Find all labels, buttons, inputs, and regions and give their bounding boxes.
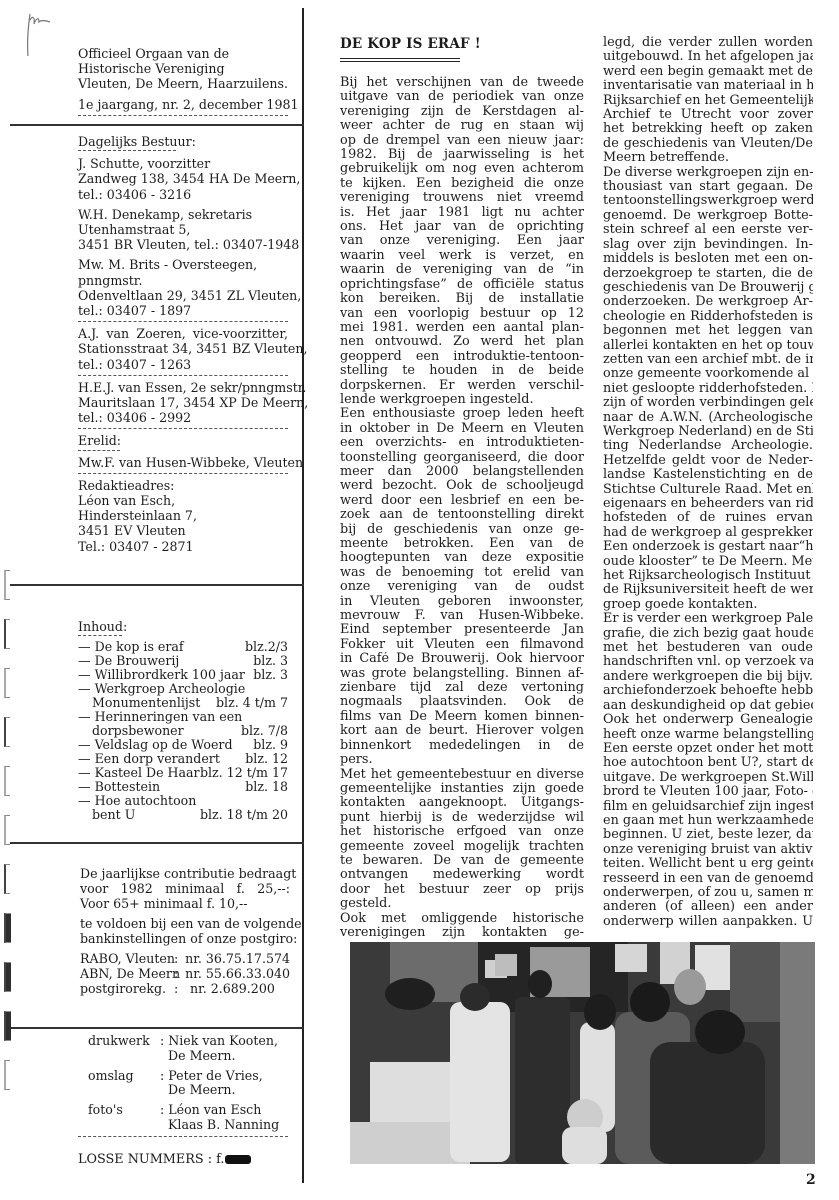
article-line: ting Nederlandse Archeologie. [603, 439, 813, 453]
article-line: Met het gemeentebestuur en diverse [340, 768, 584, 782]
column-divider [302, 8, 304, 1183]
toc-item[interactable]: dorpsbewonerblz. 7/8 [78, 724, 288, 738]
article-line: tentoonstellingswerkgroep werd al [603, 194, 813, 208]
article-line: brord te Vleuten 100 jaar, Foto- en [603, 785, 813, 799]
article-line: de geschiedenis van Vleuten/De [603, 137, 813, 151]
board-heading: Dagelijks Bestuur: [78, 134, 288, 149]
article-line: meente betrokken. Een van de [340, 537, 584, 551]
article-line: waarin veel werk is verzet, en [340, 249, 584, 263]
article-line: en gaan met hun werkzaamheden [603, 814, 813, 828]
article-line: in Café De Brouwerij. Ook hiervoor [340, 652, 584, 666]
article-line: stein schreef al een eerste ver- [603, 223, 813, 237]
bank-account: ABN, De Meern:nr. 55.66.33.040 [80, 966, 290, 981]
article-line: Meern betreffende. [603, 151, 813, 165]
article-line: binnenkort mededelingen in de [340, 739, 584, 753]
article-line: oude klooster” te De Meern. Met [603, 555, 813, 569]
divider-credits [10, 1027, 304, 1029]
table-of-contents: Inhoud: — De kop is erafblz.2/3 — De Bro… [78, 620, 288, 822]
article-line: beginnen. U ziet, beste lezer, dat [603, 828, 813, 842]
article-line: de Rijksuniversiteit heeft de werk- [603, 583, 813, 597]
article-line: mei 1981. werden een aantal plan- [340, 321, 584, 335]
article-line: Hetzelfde geldt voor de Neder- [603, 454, 813, 468]
article-line: anderen (of alleen) een ander [603, 900, 813, 914]
article-line: Er is verder een werkgroep Paleo- [603, 612, 813, 626]
editorial-address: Redaktieadres: Léon van Esch, Hinderstei… [78, 478, 288, 554]
article-headline: DE KOP IS ERAF ! [340, 36, 481, 52]
article-line: van een voorlopig bestuur op 12 [340, 307, 584, 321]
article-line: onze vereniging van de oudst [340, 580, 584, 594]
article-line: mevrouw F. van Husen-Wibbeke. [340, 609, 584, 623]
bank-account: RABO, Vleuten:nr. 36.75.17.574 [80, 951, 290, 966]
article-line: gemeente zoveel mogelijk trachten [340, 840, 584, 854]
article-line: handschriften vnl. op verzoek van [603, 655, 813, 669]
issue-info: 1e jaargang, nr. 2, december 1981 [78, 97, 288, 112]
toc-item[interactable]: bent Ublz. 18 t/m 20 [78, 808, 288, 822]
article-line: niet gesloopte ridderhofsteden. Er [603, 382, 813, 396]
article-line: genoemd. De werkgroep Botte- [603, 209, 813, 223]
article-line: te bewaren. De van de gemeente [340, 854, 584, 868]
article-line: onze vereniging bruist van aktivi- [603, 843, 813, 857]
honorary-member: Mw.F. van Husen-Wibbeke, Vleuten [78, 455, 288, 470]
payment-line: bankinstellingen of onze postgiro: [80, 931, 290, 946]
contents-heading: Inhoud: [78, 620, 288, 634]
masthead-line: Vleuten, De Meern, Haarzuilens. [78, 76, 288, 91]
article-line: zijn of worden verbindingen gelegd [603, 396, 813, 410]
article-line: onderwerp willen aanpakken. U [603, 915, 813, 929]
article-line: thousiast van start gegaan. De [603, 180, 813, 194]
toc-item[interactable]: — Kasteel De Haarblz. 12 t/m 17 [78, 766, 288, 780]
article-line: werd door een lesbrief en een be- [340, 494, 584, 508]
article-line: heeft onze warme belangstelling. [603, 728, 813, 742]
article-line: Een onderzoek is gestart naar“het [603, 540, 813, 554]
article-line: Ook het onderwerp Genealogie [603, 713, 813, 727]
article-line: allerlei kontakten en het op touw [603, 339, 813, 353]
article-line: werd een begin gemaakt met de [603, 65, 813, 79]
article-line: van onze vereniging. Een jaar [340, 234, 584, 248]
article-line: nogmaals plaatsvinden. Ook de [340, 695, 584, 709]
article-line: eigenaars en beheerders van ridder- [603, 497, 813, 511]
article-line: was grote belangstelling. Binnen af- [340, 667, 584, 681]
masthead: Officieel Orgaan van de Historische Vere… [78, 46, 288, 120]
article-line: zoek aan de tentoonstelling direkt [340, 508, 584, 522]
article-line: stelling te houden in de beide [340, 364, 584, 378]
toc-item[interactable]: — Bottesteinblz. 18 [78, 780, 288, 794]
article-line: groep goede kontakten. [603, 598, 813, 612]
board-member: W.H. Denekamp, sekretaris Utenhamstraat … [78, 207, 288, 253]
article-line: derzoekgroep te starten, die de [603, 267, 813, 281]
handwritten-initials [22, 8, 62, 58]
article-line: andere werkgroepen die bij bijv. [603, 670, 813, 684]
credit-fotos: foto's : Léon van Esch Klaas B. Nanning [88, 1103, 298, 1133]
article-line: waarin de vereniging van de “in [340, 263, 584, 277]
article-line: films van De Meern komen binnen- [340, 710, 584, 724]
fee-line: voor 1982 minimaal f. 25,--: [80, 881, 290, 896]
payment-line: te voldoen bij een van de volgende [80, 916, 290, 931]
exhibition-photo-illustration [350, 942, 815, 1164]
divider-contents [10, 584, 304, 586]
toc-item[interactable]: — De Brouwerijblz. 3 [78, 654, 288, 668]
article-line: het historische erfgoed van onze [340, 825, 584, 839]
article-line: Fokker uit Vleuten een filmavond [340, 638, 584, 652]
article-line: was de benoeming tot erelid van [340, 566, 584, 580]
article-line: gebruikelijk om nog even achterom [340, 162, 584, 176]
toc-item[interactable]: — Veldslag op de Woerdblz. 9 [78, 738, 288, 752]
fee-line: Voor 65+ minimaal f. 10,-- [80, 896, 290, 911]
article-line: weer achter de rug en staan wij [340, 119, 584, 133]
board-member: J. Schutte, voorzitter Zandweg 138, 3454… [78, 156, 288, 202]
article-line: werd bezocht. Ook de schooljeugd [340, 479, 584, 493]
article-line: het Rijksarcheologisch Instituut van [603, 569, 813, 583]
article-line: gemeentelijke instanties zijn goede [340, 782, 584, 796]
credit-omslag: omslag : Peter de Vries, De Meern. [88, 1069, 298, 1099]
article-line: Een eerste opzet onder het motto: [603, 742, 813, 756]
article-line: Een enthousiaste groep leden heeft [340, 407, 584, 421]
article-line: Rijksarchief en het Gemeentelijk [603, 94, 813, 108]
masthead-line: Historische Vereniging [78, 61, 288, 76]
credit-drukwerk: drukwerk : Niek van Kooten, De Meern. [88, 1034, 298, 1064]
article-line: naar de A.W.N. (Archeologische [603, 411, 813, 425]
article-line: kort aan de beurt. Hierover volgen [340, 724, 584, 738]
article-line: uitgebouwd. In het afgelopen jaar [603, 50, 813, 64]
redacted-price-mark [225, 1155, 251, 1164]
toc-item[interactable]: — Een dorp verandertblz. 12 [78, 752, 288, 766]
article-line: aan deskundigheid op dat gebied. [603, 699, 813, 713]
article-line: bij de geschiedenis van onze ge- [340, 523, 584, 537]
article-line: 1982. Bij de jaarwisseling is het [340, 148, 584, 162]
article-line: het betrekking heeft op zaken [603, 122, 813, 136]
article-line: hoe autochtoon bent U?, start deze [603, 756, 813, 770]
article-line: verenigingen zijn kontakten ge- [340, 926, 584, 940]
article-line: door het bestuur zeer op prijs [340, 883, 584, 897]
article-line: had de werkgroep al gesprekken. [603, 526, 813, 540]
exhibition-photo [350, 942, 815, 1164]
article-line: punt hierbij is de wederzijdse wil [340, 811, 584, 825]
article-line: hofsteden of de ruines ervan [603, 511, 813, 525]
article-line: onderzoeken. De werkgroep Ar- [603, 295, 813, 309]
headline-underline [340, 58, 460, 62]
toc-item[interactable]: Monumentenlijstblz. 4 t/m 7 [78, 696, 288, 710]
article-line: Bij het verschijnen van de tweede [340, 76, 584, 90]
article-column-1: Bij het verschijnen van de tweedeuitgave… [340, 76, 584, 940]
board-member: Mw. M. Brits - Oversteegen, pnngmstr. Od… [78, 257, 288, 318]
article-line: legd, die verder zullen worden [603, 36, 813, 50]
board-section: Dagelijks Bestuur: J. Schutte, voorzitte… [78, 134, 288, 554]
article-line: lende werkgroepen ingesteld. [340, 393, 584, 407]
article-line: film en geluidsarchief zijn ingesteld [603, 800, 813, 814]
article-line: hoogtepunten van deze expositie [340, 551, 584, 565]
divider-membership [10, 842, 304, 844]
article-line: resseerd in een van de genoemde [603, 872, 813, 886]
single-issue-price: LOSSE NUMMERS : f. [78, 1152, 288, 1167]
article-line: begonnen met het leggen van [603, 324, 813, 338]
article-line: geopperd een introduktie-tentoon- [340, 350, 584, 364]
membership-info: De jaarlijkse contributie bedraagt voor … [80, 866, 290, 996]
article-line: grafie, die zich bezig gaat houden [603, 627, 813, 641]
toc-item[interactable]: — Hoe autochtoon [78, 794, 288, 808]
article-column-2: legd, die verder zullen wordenuitgebouwd… [603, 36, 813, 929]
article-line: nen ontvouwd. Zo werd het plan [340, 335, 584, 349]
honorary-heading: Erelid: [78, 433, 288, 448]
article-line: kontakten aangeknoopt. Uitgangs- [340, 796, 584, 810]
article-line: De diverse werkgroepen zijn en- [603, 166, 813, 180]
article-line: toonstelling georganiseerd, die door [340, 451, 584, 465]
bank-account: postgirorekg.:nr. 2.689.200 [80, 981, 290, 996]
page-number: 2 [806, 1172, 816, 1188]
article-line: pers. [340, 753, 584, 767]
article-line: gesteld. [340, 897, 584, 911]
article-line: Archief te Utrecht voor zover [603, 108, 813, 122]
article-line: onze gemeente voorkomende al dan [603, 367, 813, 381]
article-line: vereniging trouwens niet vreemd [340, 191, 584, 205]
article-line: inventarisatie van materiaal in het [603, 79, 813, 93]
article-line: landse Kastelenstichting en de [603, 468, 813, 482]
article-line: vereniging zijn de Kerstdagen al- [340, 105, 584, 119]
article-line: met het bestuderen van oude [603, 641, 813, 655]
article-line: uitgave van de periodiek van onze [340, 90, 584, 104]
article-line: oprichtingsfase” de officiële status [340, 278, 584, 292]
article-line: in oktober in De Meern en Vleuten [340, 422, 584, 436]
article-line: Stichtse Culturele Raad. Met enkele [603, 483, 813, 497]
article-line: zienbare tijd zal deze vertoning [340, 681, 584, 695]
article-line: cheologie en Ridderhofsteden is [603, 310, 813, 324]
article-line: op de drempel van een nieuw jaar: [340, 134, 584, 148]
masthead-line: Officieel Orgaan van de [78, 46, 288, 61]
article-line: kon bereiken. Bij de installatie [340, 292, 584, 306]
article-line: zetten van een archief mbt. de in [603, 353, 813, 367]
article-line: middels is besloten met een on- [603, 252, 813, 266]
board-member: A.J. van Zoeren, vice-voorzitter, Statio… [78, 326, 288, 372]
divider-masthead [10, 124, 304, 126]
toc-item[interactable]: — Willibrordkerk 100 jaarblz. 3 [78, 668, 288, 682]
fee-line: De jaarlijkse contributie bedraagt [80, 866, 290, 881]
article-line: ontvangen medewerking wordt [340, 868, 584, 882]
article-line: ons. Het jaar van de oprichting [340, 220, 584, 234]
board-member: H.E.J. van Essen, 2e sekr/pnngmstr. Maur… [78, 380, 288, 426]
toc-item[interactable]: — Herinneringen van een [78, 710, 288, 724]
toc-item[interactable]: — De kop is erafblz.2/3 [78, 640, 288, 654]
toc-item[interactable]: — Werkgroep Archeologie [78, 682, 288, 696]
binding-marks [4, 570, 16, 1109]
article-line: dorpskernen. Er werden verschil- [340, 379, 584, 393]
article-line: meer dan 2000 belangstellenden [340, 465, 584, 479]
article-line: onderwerpen, of zou u, samen met [603, 886, 813, 900]
article-line: uitgave. De werkgroepen St.Willi- [603, 771, 813, 785]
article-line: teiten. Wellicht bent u erg geinte- [603, 857, 813, 871]
article-line: archiefonderzoek behoefte hebben [603, 684, 813, 698]
article-line: slag over zijn bevindingen. In- [603, 238, 813, 252]
credits: drukwerk : Niek van Kooten, De Meern. om… [88, 1034, 298, 1141]
article-line: Eind september presenteerde Jan [340, 623, 584, 637]
article-line: Ook met omliggende historische [340, 912, 584, 926]
article-line: een overzichts- en introduktieten- [340, 436, 584, 450]
article-line: Werkgroep Nederland) en de Stich- [603, 425, 813, 439]
article-line: geschiedenis van De Brouwerij gaat [603, 281, 813, 295]
article-line: in Vleuten geboren inwoonster, [340, 595, 584, 609]
article-line: is. Het jaar 1981 ligt nu achter [340, 206, 584, 220]
article-line: te kijken. Een bezigheid die onze [340, 177, 584, 191]
